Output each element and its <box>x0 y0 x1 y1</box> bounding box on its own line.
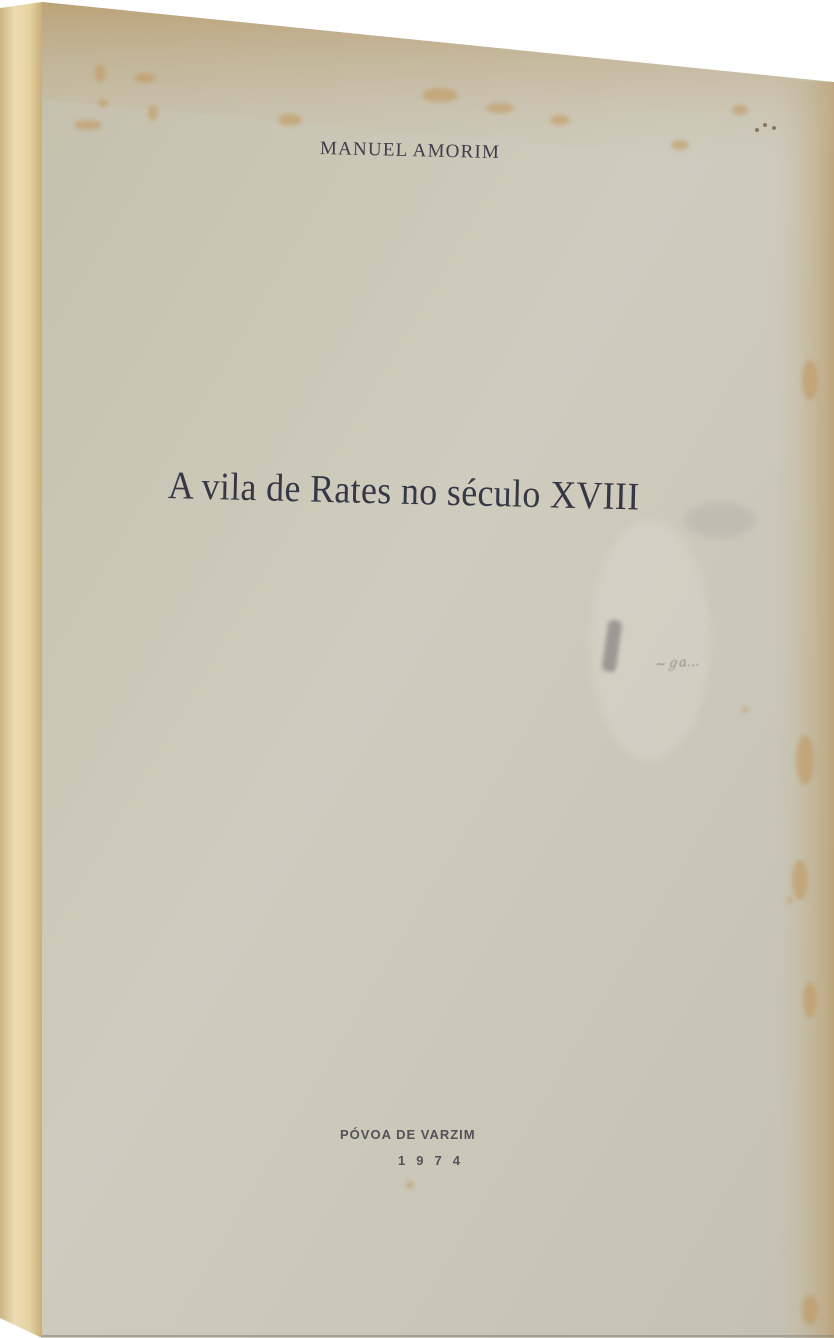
book-spine <box>0 2 42 1338</box>
book-photo: MANUEL AMORIM A vila de Rates no século … <box>0 0 834 1338</box>
author-name: MANUEL AMORIM <box>320 138 501 164</box>
handwritten-signature: ~ℊa... <box>654 650 699 672</box>
publisher-place: PÓVOA DE VARZIM <box>340 1127 476 1142</box>
publication-year: 1974 <box>398 1153 471 1168</box>
